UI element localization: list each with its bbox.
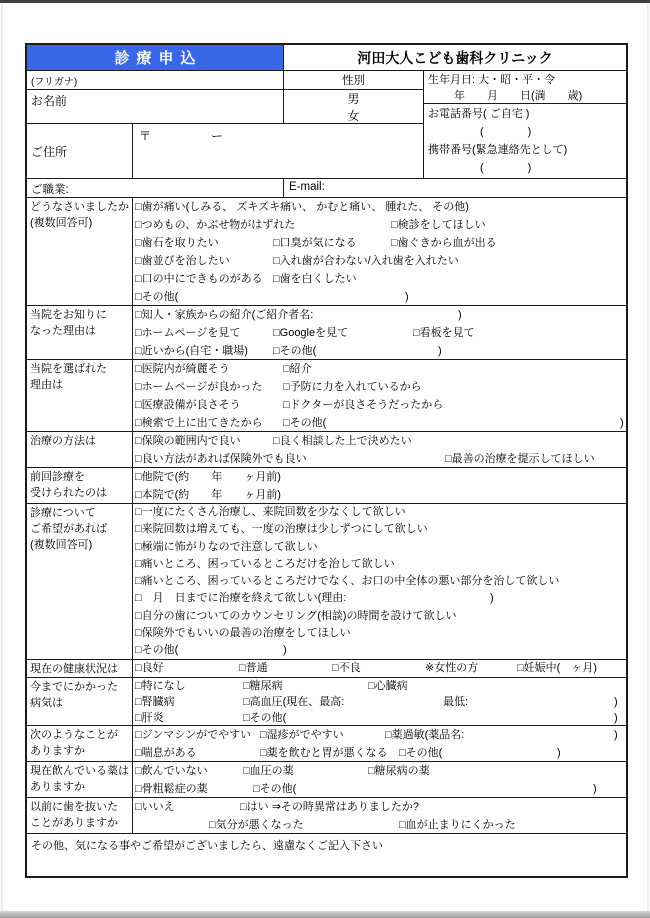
checkbox-option[interactable]: □歯ぐきから血が出る: [391, 234, 497, 252]
checkbox-option[interactable]: □一度にたくさん治療し、来院回数を少なくして欲しい: [135, 504, 406, 521]
label-line: 当院を選ばれた: [30, 361, 132, 377]
section-method-content: □保険の範囲内で良い□良く相談した上で決めたい □良い方法があれば保険外でも良い…: [133, 432, 626, 467]
section-meds-label: 現在飲んでいる薬は ありますか: [27, 762, 133, 797]
checkbox-option[interactable]: □痛いところ、困っているところだけでなく、お口の中全体の悪い部分を治して欲しい: [135, 573, 559, 590]
checkbox-option[interactable]: □来院回数は増えても、一度の治療は少しずつにして欲しい: [135, 521, 428, 538]
label-line: 前回診療を: [30, 469, 132, 485]
sex-header: 性別: [284, 71, 424, 90]
section-chosen: 当院を選ばれた 理由は □医院内が綺麗そう□紹介 □ホームページが良かった□予防…: [27, 360, 626, 432]
checkbox-option[interactable]: □腎臓病: [135, 694, 175, 710]
email-label: E-mail:: [289, 181, 325, 193]
checkbox-option[interactable]: □痛いところ、困っているところだけを治して欲しい: [135, 556, 395, 573]
clinic-name: 河田大人こども歯科クリニック: [284, 45, 626, 70]
section-symptoms-content: □歯が痛い(しみる、 ズキズキ痛い、 かむと痛い、 腫れた、 その他) □つめも…: [133, 198, 626, 305]
sex-option-male[interactable]: 男: [284, 90, 423, 107]
sex-male-text: 男: [347, 90, 359, 107]
fill-in-close-paren: ): [283, 642, 287, 659]
birthdate-cell: 生年月日: 大・昭・平・令 年 月 日(満 歳): [424, 71, 626, 104]
checkbox-option[interactable]: □その他(: [243, 710, 286, 726]
section-health-content: □良好□普通□不良※女性の方□妊娠中( ヶ月): [133, 660, 626, 677]
section-referral-content: □知人・家族からの紹介(ご紹介者名:) □ホームページを見て□Googleを見て…: [133, 306, 626, 359]
phone-cell: お電話番号( ご自宅 ) ( ) 携帯番号(緊急連絡先として) ( ): [424, 104, 626, 179]
birthdate-blank[interactable]: 年 月 日(満 歳): [428, 88, 626, 104]
checkbox-option[interactable]: □本院で(約 年 ヶ月前): [135, 486, 281, 504]
checkbox-option[interactable]: □検索で上に出てきたから: [135, 414, 263, 432]
fill-in-close-paren: ): [593, 780, 597, 798]
label-line: ことがありますか: [30, 815, 132, 831]
section-method: 治療の方法は □保険の範囲内で良い□良く相談した上で決めたい □良い方法があれば…: [27, 432, 626, 468]
label-line: ありますか: [30, 743, 132, 759]
label-line: 理由は: [30, 377, 132, 393]
label-line: 現在の健康状況は: [30, 661, 132, 677]
section-previous-content: □他院で(約 年 ヶ月前) □本院で(約 年 ヶ月前): [133, 468, 626, 503]
checkbox-option[interactable]: □喘息がある: [135, 744, 197, 762]
job-field[interactable]: ご職業:: [27, 179, 284, 197]
checkbox-option[interactable]: □保険外でもいいの最善の治療をしてほしい: [135, 625, 351, 642]
job-label: ご職業:: [31, 184, 69, 196]
checkbox-option[interactable]: □良好: [135, 660, 164, 677]
intake-form: 診療申込 河田大人こども歯科クリニック (フリガナ) お名前 性別 男 女 ご住…: [25, 43, 628, 878]
form-title-text: 診療申込: [114, 47, 202, 68]
checkbox-option[interactable]: □自分の歯についてのカウンセリング(相談)の時間を設けて欲しい: [135, 608, 457, 625]
fill-in-close-paren: ): [557, 744, 561, 762]
postal-mark: 〒 ー: [139, 129, 223, 143]
section-previous: 前回診療を 受けられたのは □他院で(約 年 ヶ月前) □本院で(約 年 ヶ月前…: [27, 468, 626, 504]
checkbox-option[interactable]: □糖尿病の薬: [368, 762, 430, 780]
section-previous-label: 前回診療を 受けられたのは: [27, 468, 133, 503]
section-illness-label: 今までにかかった 病気は: [27, 678, 133, 725]
patient-info-block: (フリガナ) お名前 性別 男 女 ご住所 〒 ー 生年月日: 大・昭・平・令 …: [27, 71, 626, 179]
address-label: ご住所: [31, 143, 67, 160]
label-line: 今までにかかった: [30, 679, 132, 695]
checkbox-option[interactable]: □Googleを見て: [273, 324, 348, 342]
form-header-row: 診療申込 河田大人こども歯科クリニック: [27, 45, 626, 71]
checkbox-option[interactable]: □良く相談した上で決めたい: [273, 432, 412, 450]
label-line: なった理由は: [30, 323, 132, 339]
fill-in-label: 最低:: [443, 694, 468, 710]
section-symptoms-label: どうなさいましたか (複数回答可): [27, 198, 133, 305]
section-meds: 現在飲んでいる薬は ありますか □飲んでいない□血圧の薬□糖尿病の薬 □骨粗鬆症…: [27, 762, 626, 798]
section-health: 現在の健康状況は □良好□普通□不良※女性の方□妊娠中( ヶ月): [27, 660, 626, 678]
checkbox-option[interactable]: □はい ⇒その時異常はありましたか?: [240, 798, 419, 816]
furigana-field[interactable]: (フリガナ): [27, 71, 284, 90]
page-top-edge: [0, 0, 650, 3]
page-right-edge: [647, 3, 649, 911]
label-line: ありますか: [30, 779, 132, 795]
section-notes[interactable]: その他、気になる事やご希望がございましたら、遠慮なくご記入下さい: [27, 834, 626, 876]
section-chosen-label: 当院を選ばれた 理由は: [27, 360, 133, 431]
label-line: ご希望があれば: [30, 521, 132, 537]
label-line: (複数回答可): [30, 215, 132, 231]
label-line: 以前に歯を抜いた: [30, 799, 132, 815]
label-line: どうなさいましたか: [30, 199, 132, 215]
label-line: 受けられたのは: [30, 485, 132, 501]
section-meds-content: □飲んでいない□血圧の薬□糖尿病の薬 □骨粗鬆症の薬□その他(): [133, 762, 626, 797]
checkbox-option[interactable]: □最善の治療を提示してほしい: [445, 450, 595, 468]
section-extraction-label: 以前に歯を抜いた ことがありますか: [27, 798, 133, 833]
section-referral-label: 当院をお知りに なった理由は: [27, 306, 133, 359]
section-symptoms: どうなさいましたか (複数回答可) □歯が痛い(しみる、 ズキズキ痛い、 かむと…: [27, 198, 626, 306]
section-chosen-content: □医院内が綺麗そう□紹介 □ホームページが良かった□予防に力を入れているから □…: [133, 360, 626, 431]
checkbox-option[interactable]: □血圧の薬: [243, 762, 294, 780]
checkbox-option[interactable]: □医院内が綺麗そう: [135, 360, 230, 378]
checkbox-option[interactable]: □普通: [239, 660, 268, 677]
checkbox-option[interactable]: □良い方法があれば保険外でも良い: [135, 450, 307, 468]
note-label: ※女性の方: [425, 660, 478, 677]
name-label: お名前: [31, 94, 67, 108]
notes-prompt: その他、気になる事やご希望がございましたら、遠慮なくご記入下さい: [31, 837, 383, 876]
phone-home-label: お電話番号( ご自宅 ): [428, 105, 626, 123]
section-method-label: 治療の方法は: [27, 432, 133, 467]
checkbox-option[interactable]: □知人・家族からの紹介(ご紹介者名:: [135, 306, 313, 324]
checkbox-option[interactable]: □歯並びを治したい: [135, 252, 230, 270]
label-line: 診療について: [30, 505, 132, 521]
section-health-label: 現在の健康状況は: [27, 660, 133, 677]
checkbox-option[interactable]: □その他(: [135, 288, 178, 306]
section-extraction-content: □いいえ□はい ⇒その時異常はありましたか? □気分が悪くなった□血が止まりにく…: [133, 798, 626, 833]
checkbox-option[interactable]: □その他(: [283, 414, 326, 432]
checkbox-option[interactable]: □ドクターが良さそうだったから: [283, 396, 443, 414]
label-line: 次のようなことが: [30, 727, 132, 743]
checkbox-option[interactable]: □予防に力を入れているから: [283, 378, 422, 396]
fill-in-close-paren: ): [620, 414, 624, 432]
phone-home-blank[interactable]: ( ): [428, 123, 626, 141]
checkbox-option[interactable]: □その他(: [399, 744, 442, 762]
checkbox-option[interactable]: □不良: [332, 660, 361, 677]
checkbox-option[interactable]: □口の中にできものがある: [135, 270, 263, 288]
checkbox-option[interactable]: □骨粗鬆症の薬: [135, 780, 208, 798]
section-conditions: 次のようなことが ありますか □ジンマシンがでやすい□湿疹がでやすい□薬過敏(薬…: [27, 726, 626, 762]
checkbox-option[interactable]: □湿疹がでやすい: [260, 726, 344, 744]
section-conditions-label: 次のようなことが ありますか: [27, 726, 133, 761]
sex-options-cell: 男 女: [284, 90, 424, 124]
era-options[interactable]: 生年月日: 大・昭・平・令: [428, 72, 626, 88]
section-requests: 診療について ご希望があれば (複数回答可) □一度にたくさん治療し、来院回数を…: [27, 504, 626, 660]
checkbox-option[interactable]: □特になし: [135, 678, 186, 694]
label-line: (複数回答可): [30, 537, 132, 553]
checkbox-option[interactable]: □入れ歯が合わない/入れ歯を入れたい: [273, 252, 459, 270]
label-line: 当院をお知りに: [30, 307, 132, 323]
checkbox-option[interactable]: □近いから(自宅・職場): [135, 342, 248, 360]
checkbox-option[interactable]: □薬を飲むと胃が悪くなる: [260, 744, 388, 762]
checkbox-option[interactable]: □心臓病: [368, 678, 408, 694]
checkbox-option[interactable]: □紹介: [283, 360, 312, 378]
checkbox-option[interactable]: □極端に怖がりなので注意して欲しい: [135, 539, 318, 556]
section-conditions-content: □ジンマシンがでやすい□湿疹がでやすい□薬過敏(薬品名:) □喘息がある□薬を飲…: [133, 726, 626, 761]
checkbox-option[interactable]: □歯を白くしたい: [273, 270, 357, 288]
page-bottom-edge: [0, 911, 650, 918]
checkbox-option[interactable]: □保険の範囲内で良い: [135, 432, 241, 450]
checkbox-option[interactable]: □歯が痛い(しみる、 ズキズキ痛い、 かむと痛い、 腫れた、 その他): [135, 198, 469, 216]
fill-in-close-paren: ): [614, 726, 618, 744]
scanned-form-page: 診療申込 河田大人こども歯科クリニック (フリガナ) お名前 性別 男 女 ご住…: [0, 0, 650, 918]
fill-in-close-paren: ): [438, 342, 442, 360]
checkbox-option[interactable]: □歯石を取りたい: [135, 234, 219, 252]
name-field[interactable]: お名前: [27, 90, 284, 124]
sex-label: 性別: [342, 72, 365, 88]
fill-in-close-paren: ): [614, 710, 618, 726]
checkbox-option[interactable]: □ホームページが良かった: [135, 378, 262, 396]
checkbox-option[interactable]: □血が止まりにくかった: [399, 816, 516, 834]
checkbox-option[interactable]: □糖尿病: [243, 678, 283, 694]
checkbox-option[interactable]: □その他(: [253, 780, 296, 798]
phone-mobile-blank[interactable]: ( ): [428, 159, 626, 177]
fill-in-close-paren: ): [405, 288, 409, 306]
section-illness-content: □特になし□糖尿病□心臓病 □腎臓病□高血圧(現在、最高:最低:) □肝炎□その…: [133, 678, 626, 725]
email-field[interactable]: E-mail:: [284, 179, 626, 197]
address-field[interactable]: 〒 ー: [133, 124, 424, 179]
section-requests-content: □一度にたくさん治療し、来院回数を少なくして欲しい □来院回数は増えても、一度の…: [133, 504, 626, 659]
checkbox-option[interactable]: □ホームページを見て: [135, 324, 240, 342]
section-referral: 当院をお知りに なった理由は □知人・家族からの紹介(ご紹介者名:) □ホームペ…: [27, 306, 626, 360]
form-title: 診療申込: [27, 45, 284, 70]
checkbox-option[interactable]: □気分が悪くなった: [209, 816, 304, 834]
checkbox-option[interactable]: □検診をしてほしい: [391, 216, 486, 234]
checkbox-option[interactable]: □高血圧(現在、最高:: [243, 694, 344, 710]
job-email-row: ご職業: E-mail:: [27, 179, 626, 198]
label-line: 病気は: [30, 695, 132, 711]
checkbox-option[interactable]: □看板を見て: [413, 324, 475, 342]
checkbox-option[interactable]: □その他(: [135, 642, 178, 659]
page-left-edge: [1, 3, 3, 911]
checkbox-option[interactable]: □妊娠中( ヶ月): [517, 660, 597, 677]
label-line: 現在飲んでいる薬は: [30, 763, 132, 779]
checkbox-option[interactable]: □ジンマシンがでやすい: [135, 726, 251, 744]
label-line: 治療の方法は: [30, 433, 132, 449]
fill-in-close-paren: ): [490, 590, 494, 607]
checkbox-option[interactable]: □その他(: [273, 342, 316, 360]
sex-option-female[interactable]: 女: [284, 107, 423, 124]
phone-mobile-label: 携帯番号(緊急連絡先として): [428, 141, 626, 159]
checkbox-option[interactable]: □いいえ: [135, 798, 175, 816]
checkbox-option[interactable]: □飲んでいない: [135, 762, 208, 780]
checkbox-option[interactable]: □つめもの、かぶせ物がはずれた: [135, 216, 295, 234]
furigana-label: (フリガナ): [31, 77, 77, 88]
section-extraction: 以前に歯を抜いた ことがありますか □いいえ□はい ⇒その時異常はありましたか?…: [27, 798, 626, 834]
clinic-name-text: 河田大人こども歯科クリニック: [357, 48, 552, 68]
checkbox-option[interactable]: □肝炎: [135, 710, 164, 726]
fill-in-close-paren: ): [614, 694, 618, 710]
section-requests-label: 診療について ご希望があれば (複数回答可): [27, 504, 133, 659]
checkbox-option[interactable]: □ 月 日までに治療を終えて欲しい(理由:: [135, 590, 346, 607]
checkbox-option[interactable]: □他院で(約 年 ヶ月前): [135, 468, 281, 486]
address-label-cell: ご住所: [27, 124, 133, 179]
sex-female-text: 女: [347, 107, 359, 124]
checkbox-option[interactable]: □口臭が気になる: [273, 234, 357, 252]
section-illness: 今までにかかった 病気は □特になし□糖尿病□心臓病 □腎臓病□高血圧(現在、最…: [27, 678, 626, 726]
checkbox-option[interactable]: □薬過敏(薬品名:: [385, 726, 464, 744]
checkbox-option[interactable]: □医療設備が良さそう: [135, 396, 241, 414]
fill-in-close-paren: ): [458, 306, 462, 324]
